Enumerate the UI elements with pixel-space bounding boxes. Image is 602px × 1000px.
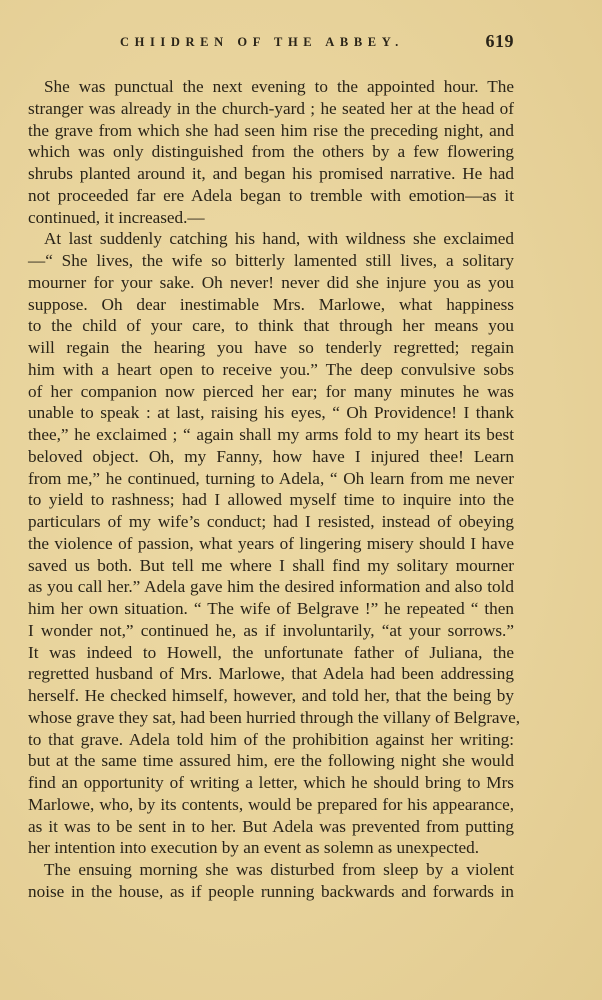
body-text: She was punctual the next evening to the… — [28, 76, 514, 903]
text-line: shrubs planted around it, and began his … — [28, 163, 514, 185]
text-line: to yield to rashness; had I allowed myse… — [28, 489, 514, 511]
text-line: herself. He checked himself, however, an… — [28, 685, 514, 707]
text-line: It was indeed to Howell, the unfortunate… — [28, 642, 514, 664]
text-line: saved us both. But tell me where I shall… — [28, 555, 514, 577]
text-line: to that grave. Adela told him of the pro… — [28, 729, 514, 751]
paragraph-first-line: At last suddenly catching his hand, with… — [28, 228, 514, 250]
text-line: continued, it increased.— — [28, 207, 514, 229]
text-line: of her companion now pierced her ear; fo… — [28, 381, 514, 403]
paragraph-first-line: The ensuing morning she was disturbed fr… — [28, 859, 514, 881]
book-page: CHIIDREN OF THE ABBEY. 619 She was punct… — [0, 0, 602, 1000]
text-line: I wonder not,” continued he, as if invol… — [28, 620, 514, 642]
text-line: the grave from which she had seen him ri… — [28, 120, 514, 142]
text-line: particulars of my wife’s conduct; had I … — [28, 511, 514, 533]
text-line: unable to speak : at last, raising his e… — [28, 402, 514, 424]
text-line: stranger was already in the church-yard … — [28, 98, 514, 120]
text-line: noise in the house, as if people running… — [28, 881, 514, 903]
page-number: 619 — [486, 31, 515, 52]
text-line: as you call her.” Adela gave him the des… — [28, 576, 514, 598]
text-line: find an opportunity of writing a letter,… — [28, 772, 514, 794]
text-line: mourner for your sake. Oh never! never d… — [28, 272, 514, 294]
text-line: suppose. Oh dear inestimable Mrs. Marlow… — [28, 294, 514, 316]
text-line: her intention into execution by an event… — [28, 837, 514, 859]
running-head-title: CHIIDREN OF THE ABBEY. — [120, 35, 404, 50]
text-line: which was only distinguished from the ot… — [28, 141, 514, 163]
text-line: thee,” he exclaimed ; “ again shall my a… — [28, 424, 514, 446]
text-line: will regain the hearing you have so tend… — [28, 337, 514, 359]
text-line: to the child of your care, to think that… — [28, 315, 514, 337]
text-line: the violence of passion, what years of l… — [28, 533, 514, 555]
text-line: from me,” he continued, turning to Adela… — [28, 468, 514, 490]
text-line: beloved object. Oh, my Fanny, how have I… — [28, 446, 514, 468]
paragraph-first-line: She was punctual the next evening to the… — [28, 76, 514, 98]
text-line: him her own situation. “ The wife of Bel… — [28, 598, 514, 620]
running-head: CHIIDREN OF THE ABBEY. 619 — [120, 33, 514, 53]
text-line: regretted husband of Mrs. Marlowe, that … — [28, 663, 514, 685]
text-line: him with a heart open to receive you.” T… — [28, 359, 514, 381]
text-line: as it was to be sent in to her. But Adel… — [28, 816, 514, 838]
text-line: not proceeded far ere Adela began to tre… — [28, 185, 514, 207]
text-line: Marlowe, who, by its contents, would be … — [28, 794, 514, 816]
text-line: whose grave they sat, had been hurried t… — [28, 707, 514, 729]
text-line: but at the same time assured him, ere th… — [28, 750, 514, 772]
text-line: —“ She lives, the wife so bitterly lamen… — [28, 250, 514, 272]
